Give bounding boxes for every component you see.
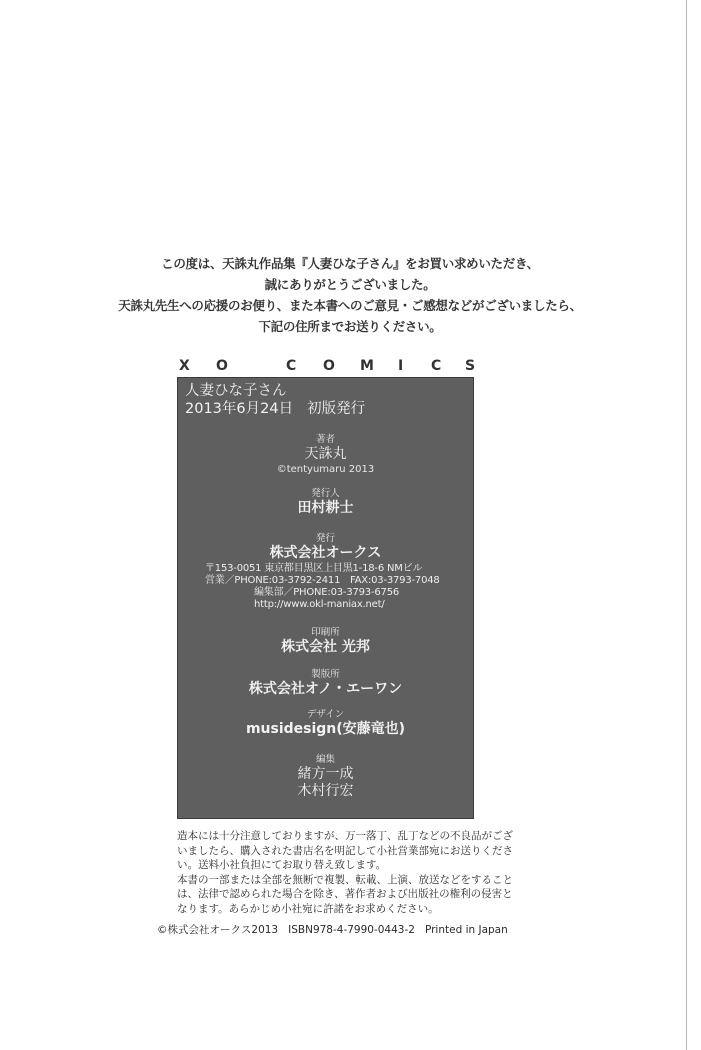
publication-date-line: 2013年6月24日初版発行 bbox=[185, 400, 365, 418]
colophon-box: 人妻ひな子さん 2013年6月24日初版発行 著者 天誅丸 ©tentyumar… bbox=[177, 377, 474, 819]
thanks-line: この度は、天誅丸作品集『人妻ひな子さん』をお買い求めいただき、 bbox=[60, 253, 640, 274]
editor-name: 緒方一成 bbox=[178, 766, 473, 783]
thanks-line: 下記の住所までお送りください。 bbox=[60, 316, 640, 337]
design-role: デザイン bbox=[178, 709, 473, 721]
footer-line: ©株式会社オークス2013ISBN978-4-7990-0443-2Printe… bbox=[157, 923, 508, 937]
publisher-address-block: 〒153-0051 東京都目黒区上目黒1-18-6 NMビル 営業／PHONE:… bbox=[205, 563, 440, 611]
series-letter: X bbox=[179, 358, 190, 374]
publisher-role: 発行 bbox=[178, 533, 473, 545]
publisher-person-role: 発行人 bbox=[178, 488, 473, 500]
footer-isbn: ISBN978-4-7990-0443-2 bbox=[288, 924, 415, 936]
notice-line: なります。あらかじめ小社宛に許諾をお求めください。 bbox=[177, 902, 497, 917]
book-title-block: 人妻ひな子さん 2013年6月24日初版発行 bbox=[185, 382, 365, 418]
postal-address: 〒153-0051 東京都目黒区上目黒1-18-6 NMビル bbox=[205, 563, 440, 575]
editors-role: 編集 bbox=[178, 754, 473, 766]
plate-maker-section: 製版所 株式会社オノ・エーワン bbox=[178, 669, 473, 698]
author-copyright: ©tentyumaru 2013 bbox=[178, 463, 473, 476]
series-letter: O bbox=[323, 358, 335, 374]
publisher-person-section: 発行人 田村耕士 bbox=[178, 488, 473, 517]
page-edge-line bbox=[686, 0, 687, 1050]
notice-line: は、法律で認められた場合を除き、著作者および出版社の権利の侵害と bbox=[177, 887, 497, 902]
printer-name: 株式会社 光邦 bbox=[178, 639, 473, 656]
notice-line: い。送料小社負担にてお取り替え致します。 bbox=[177, 858, 497, 873]
design-section: デザイン musidesign(安藤竜也) bbox=[178, 709, 473, 738]
editor-name: 木村行宏 bbox=[178, 783, 473, 800]
publisher-section: 発行 株式会社オークス bbox=[178, 533, 473, 562]
printer-section: 印刷所 株式会社 光邦 bbox=[178, 627, 473, 656]
notice-line: 本書の一部または全部を無断で複製、転載、上演、放送などをすること bbox=[177, 873, 497, 888]
author-role: 著者 bbox=[178, 434, 473, 446]
book-title: 人妻ひな子さん bbox=[185, 382, 365, 400]
thanks-line: 誠にありがとうございました。 bbox=[60, 274, 640, 295]
publisher-name: 株式会社オークス bbox=[178, 545, 473, 562]
plate-maker-name: 株式会社オノ・エーワン bbox=[178, 681, 473, 698]
plate-maker-role: 製版所 bbox=[178, 669, 473, 681]
printer-role: 印刷所 bbox=[178, 627, 473, 639]
publisher-person-name: 田村耕士 bbox=[178, 500, 473, 517]
design-name: musidesign(安藤竜也) bbox=[178, 721, 473, 738]
sales-contact: 営業／PHONE:03-3792-2411 FAX:03-3793-7048 bbox=[205, 575, 440, 587]
series-letter: C bbox=[431, 358, 441, 374]
publisher-url[interactable]: http://www.okl-maniax.net/ bbox=[205, 599, 440, 611]
editorial-contact: 編集部／PHONE:03-3793-6756 bbox=[205, 587, 440, 599]
thanks-message: この度は、天誅丸作品集『人妻ひな子さん』をお買い求めいただき、 誠にありがとうご… bbox=[60, 253, 640, 337]
footer-copyright: ©株式会社オークス2013 bbox=[157, 924, 278, 936]
series-letter: S bbox=[465, 358, 475, 374]
publication-date: 2013年6月24日 bbox=[185, 401, 293, 417]
series-letter: C bbox=[286, 358, 296, 374]
series-letter: I bbox=[398, 358, 403, 374]
thanks-line: 天誅丸先生への応援のお便り、また本書へのご意見・ご感想などがございましたら、 bbox=[60, 295, 640, 316]
author-name: 天誅丸 bbox=[178, 446, 473, 463]
series-letter: O bbox=[216, 358, 228, 374]
footer-printed-in: Printed in Japan bbox=[425, 924, 508, 936]
legal-notice: 造本には十分注意しておりますが、万一落丁、乱丁などの不良品がござ いましたら、購… bbox=[177, 829, 497, 916]
author-section: 著者 天誅丸 ©tentyumaru 2013 bbox=[178, 434, 473, 476]
edition-label: 初版発行 bbox=[307, 401, 365, 417]
series-letter: M bbox=[360, 358, 374, 374]
notice-line: いましたら、購入された書店名を明記して小社営業部宛にお送りくださ bbox=[177, 844, 497, 859]
series-label-xo-comics: X O C O M I C S bbox=[177, 358, 475, 376]
editors-section: 編集 緒方一成 木村行宏 bbox=[178, 754, 473, 800]
notice-line: 造本には十分注意しておりますが、万一落丁、乱丁などの不良品がござ bbox=[177, 829, 497, 844]
